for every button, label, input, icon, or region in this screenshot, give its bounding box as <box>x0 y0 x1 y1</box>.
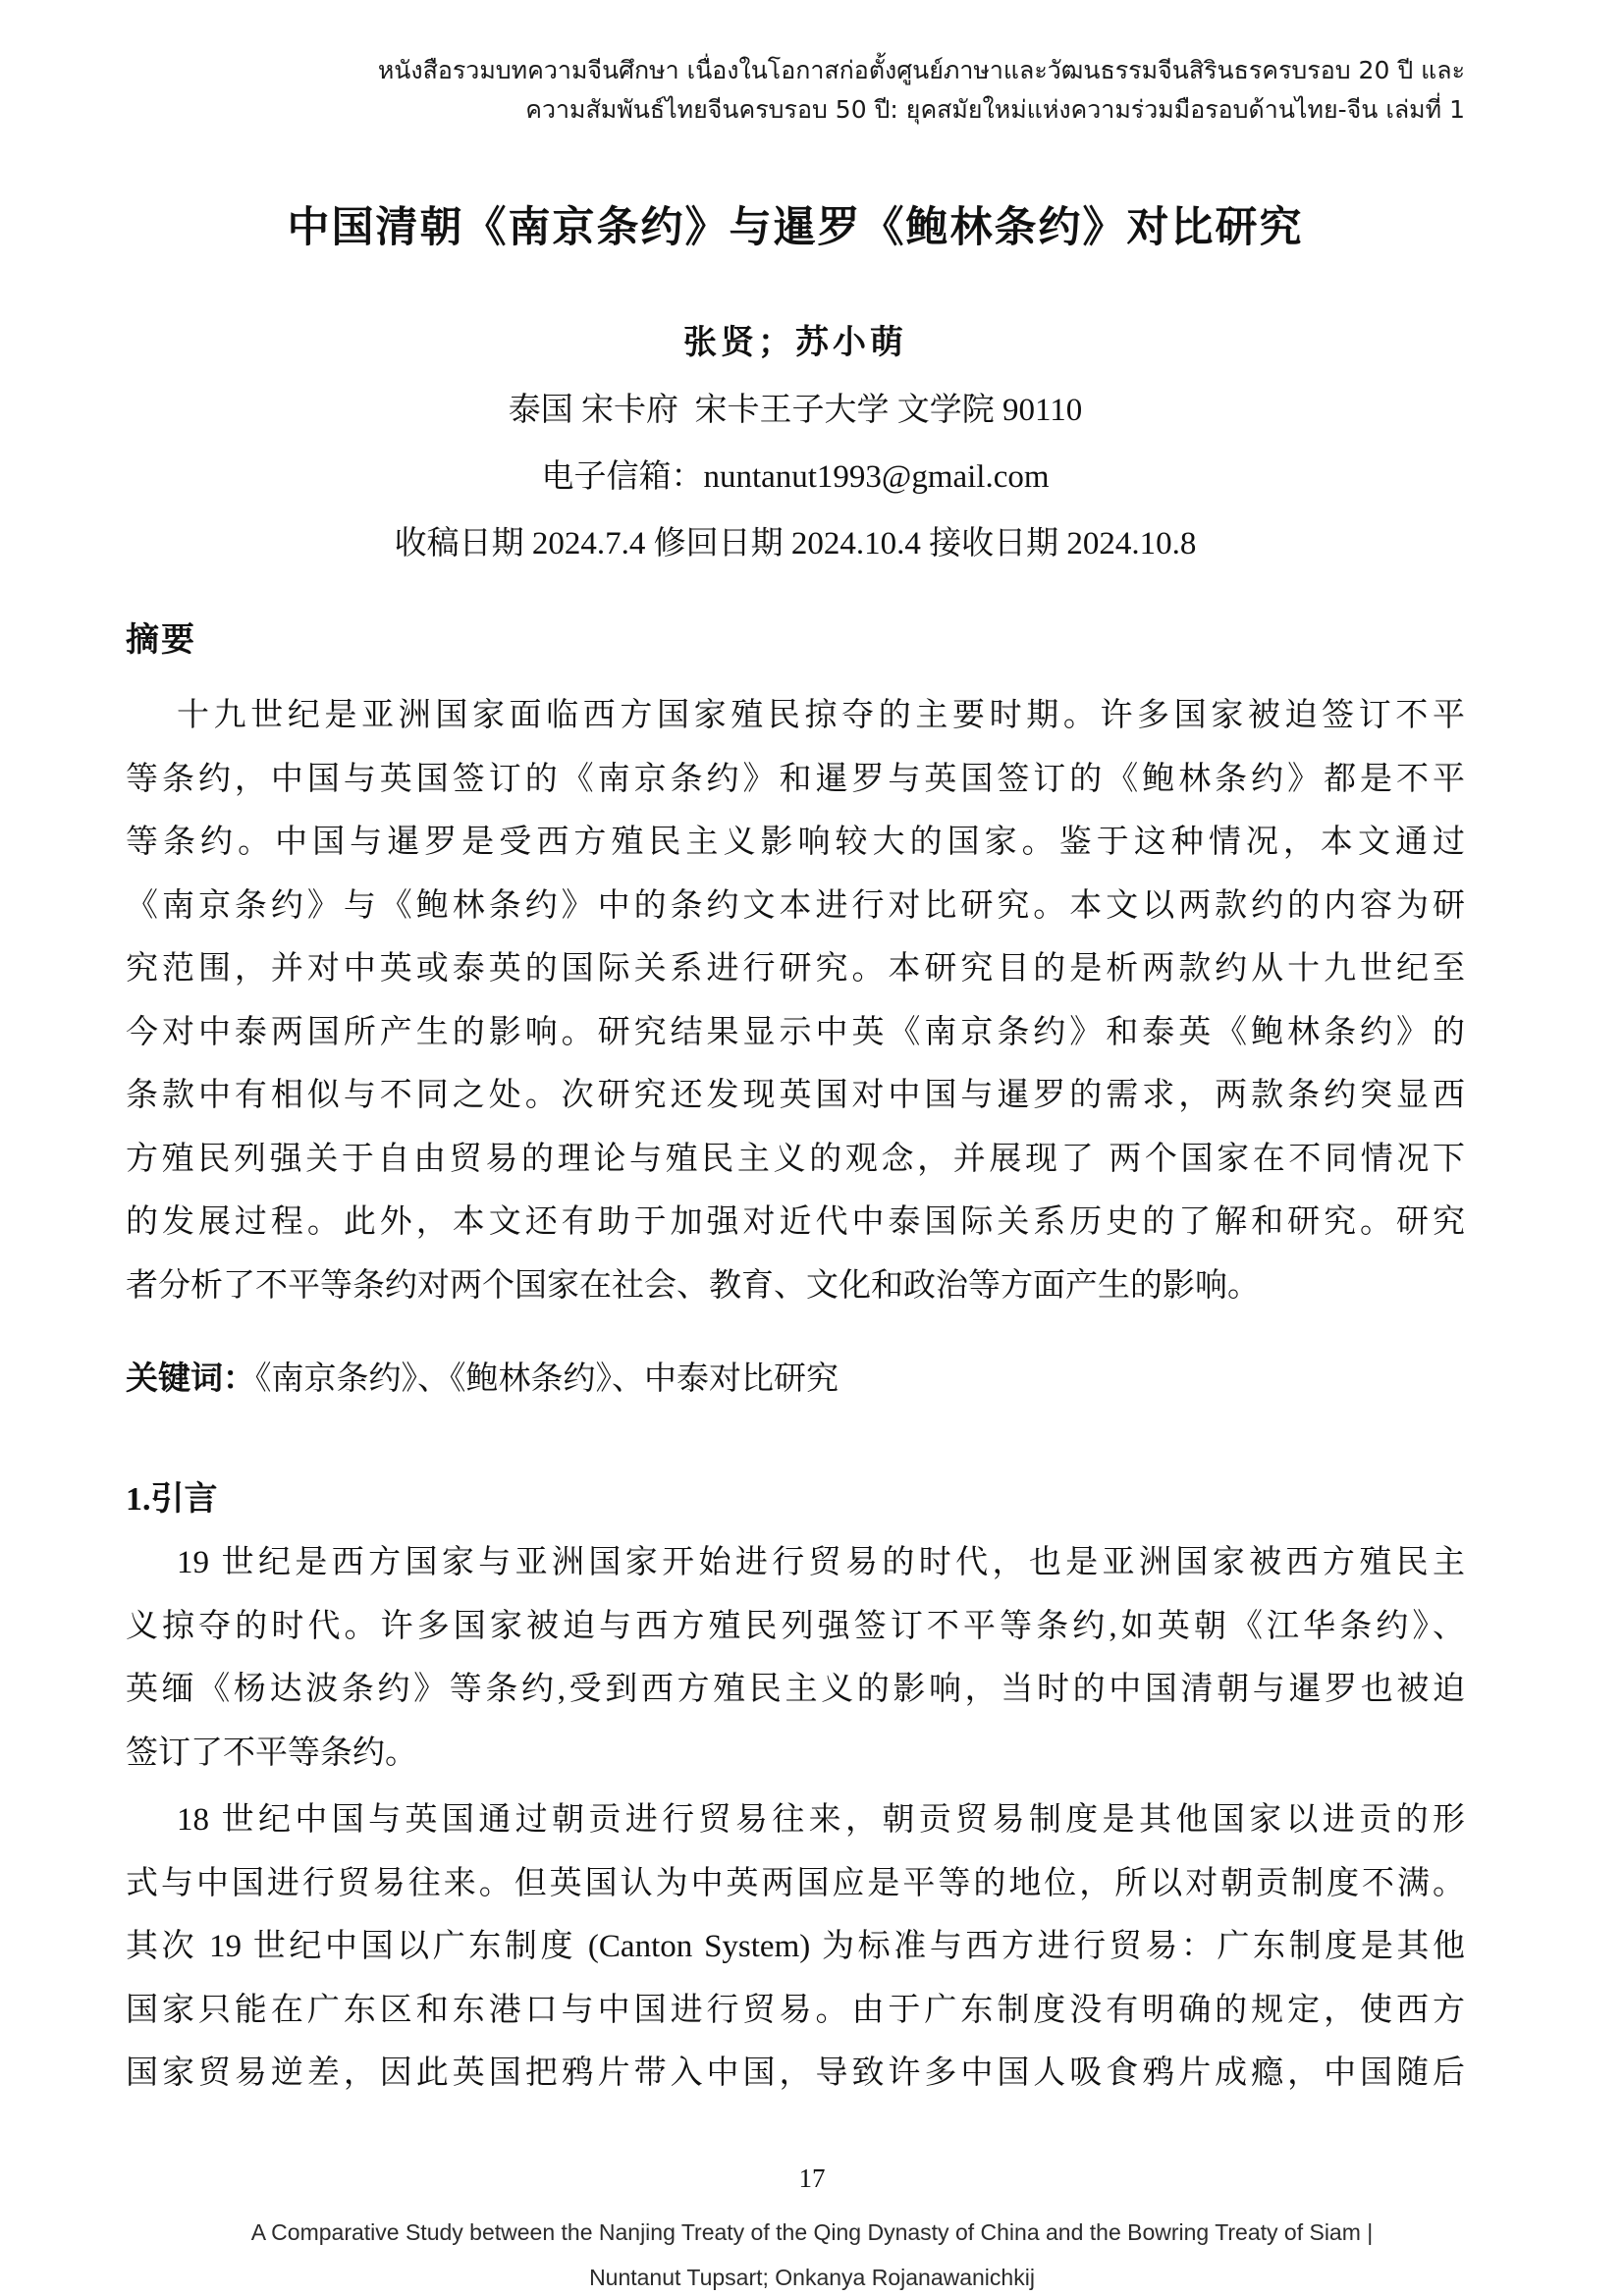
book-header-line-1: หนังสือรวมบทความจีนศึกษา เนื่องในโอกาสก่… <box>126 51 1465 90</box>
abstract-line: 的发展过程。此外，本文还有助于加强对近代中泰国际关系历史的了解和研究。研究 <box>126 1191 1465 1255</box>
paragraph-line: 式与中国进行贸易往来。但英国认为中英两国应是平等的地位，所以对朝贡制度不满。 <box>126 1852 1465 1916</box>
abstract-line: 今对中泰两国所产生的影响。研究结果显示中英《南京条约》和泰英《鲍林条约》的 <box>126 1001 1465 1065</box>
book-header: หนังสือรวมบทความจีนศึกษา เนื่องในโอกาสก่… <box>126 51 1465 130</box>
abstract-heading: 摘要 <box>126 613 1465 661</box>
abstract-line: 等条约。中国与暹罗是受西方殖民主义影响较大的国家。鉴于这种情况，本文通过 <box>126 811 1465 875</box>
keywords-text: 《南京条约》、《鲍林条约》、中泰对比研究 <box>255 1362 839 1397</box>
page-number: 17 <box>0 2163 1624 2194</box>
abstract-line: 方殖民列强关于自由贸易的理论与殖民主义的观念，并展现了 两个国家在不同情况下 <box>126 1128 1465 1192</box>
paragraph-line: 国家贸易逆差，因此英国把鸦片带入中国，导致许多中国人吸食鸦片成瘾，中国随后 <box>126 2042 1465 2106</box>
abstract-line: 等条约，中国与英国签订的《南京条约》和暹罗与英国签订的《鲍林条约》都是不平 <box>126 748 1465 812</box>
footer-english-title: A Comparative Study between the Nanjing … <box>0 2210 1624 2255</box>
abstract-line: 者分析了不平等条约对两个国家在社会、教育、文化和政治等方面产生的影响。 <box>126 1255 1465 1318</box>
book-header-line-2: ความสัมพันธ์ไทยจีนครบรอบ 50 ปี: ยุคสมัยใ… <box>126 90 1465 130</box>
footer-english-authors: Nuntanut Tupsart; Onkanya Rojanawanichki… <box>0 2255 1624 2296</box>
abstract-line: 《南京条约》与《鲍林条约》中的条约文本进行对比研究。本文以两款约的内容为研 <box>126 875 1465 938</box>
paragraph-line: 国家只能在广东区和东港口与中国进行贸易。由于广东制度没有明确的规定，使西方 <box>126 1979 1465 2043</box>
abstract-line: 条款中有相似与不同之处。次研究还发现英国对中国与暹罗的需求，两款条约突显西 <box>126 1064 1465 1128</box>
paragraph-line: 18 世纪中国与英国通过朝贡进行贸易往来，朝贡贸易制度是其他国家以进贡的形 <box>126 1789 1465 1852</box>
paper-title: 中国清朝《南京条约》与暹罗《鲍林条约》对比研究 <box>126 194 1465 254</box>
abstract-paragraph: 十九世纪是亚洲国家面临西方国家殖民掠夺的主要时期。许多国家被迫签订不平 等条约，… <box>126 684 1465 1317</box>
paragraph-line: 义掠夺的时代。许多国家被迫与西方殖民列强签订不平等条约,如英朝《江华条约》、 <box>126 1595 1465 1659</box>
abstract-line: 十九世纪是亚洲国家面临西方国家殖民掠夺的主要时期。许多国家被迫签订不平 <box>126 684 1465 748</box>
section-heading-introduction: 1.引言 <box>126 1471 1465 1520</box>
page-footer: 17 A Comparative Study between the Nanji… <box>0 2163 1624 2296</box>
document-page: หนังสือรวมบทความจีนศึกษา เนื่องในโอกาสก่… <box>0 0 1624 2296</box>
paragraph-line: 签订了不平等条约。 <box>126 1722 1465 1786</box>
intro-paragraph-1: 19 世纪是西方国家与亚洲国家开始进行贸易的时代，也是亚洲国家被西方殖民主 义掠… <box>126 1531 1465 1785</box>
authors: 张贤；苏小萌 <box>126 315 1465 363</box>
email-line: 电子信箱：nuntanut1993@gmail.com <box>126 451 1465 497</box>
dates-line: 收稿日期 2024.7.4 修回日期 2024.10.4 接收日期 2024.1… <box>126 517 1465 563</box>
keywords-line: 关键词：《南京条约》、《鲍林条约》、中泰对比研究 <box>126 1353 1465 1399</box>
paragraph-line: 其次 19 世纪中国以广东制度 (Canton System) 为标准与西方进行… <box>126 1915 1465 1979</box>
abstract-line: 究范围，并对中英或泰英的国际关系进行研究。本研究目的是析两款约从十九世纪至 <box>126 937 1465 1001</box>
paragraph-line: 英缅《杨达波条约》等条约,受到西方殖民主义的影响，当时的中国清朝与暹罗也被迫 <box>126 1658 1465 1722</box>
intro-paragraph-2: 18 世纪中国与英国通过朝贡进行贸易往来，朝贡贸易制度是其他国家以进贡的形 式与… <box>126 1789 1465 2106</box>
keywords-label: 关键词： <box>126 1362 255 1397</box>
affiliation: 泰国 宋卡府 宋卡王子大学 文学院 90110 <box>126 384 1465 430</box>
paragraph-line: 19 世纪是西方国家与亚洲国家开始进行贸易的时代，也是亚洲国家被西方殖民主 <box>126 1531 1465 1595</box>
footer-running-title: A Comparative Study between the Nanjing … <box>0 2210 1624 2296</box>
page-content: หนังสือรวมบทความจีนศึกษา เนื่องในโอกาสก่… <box>0 0 1624 2106</box>
